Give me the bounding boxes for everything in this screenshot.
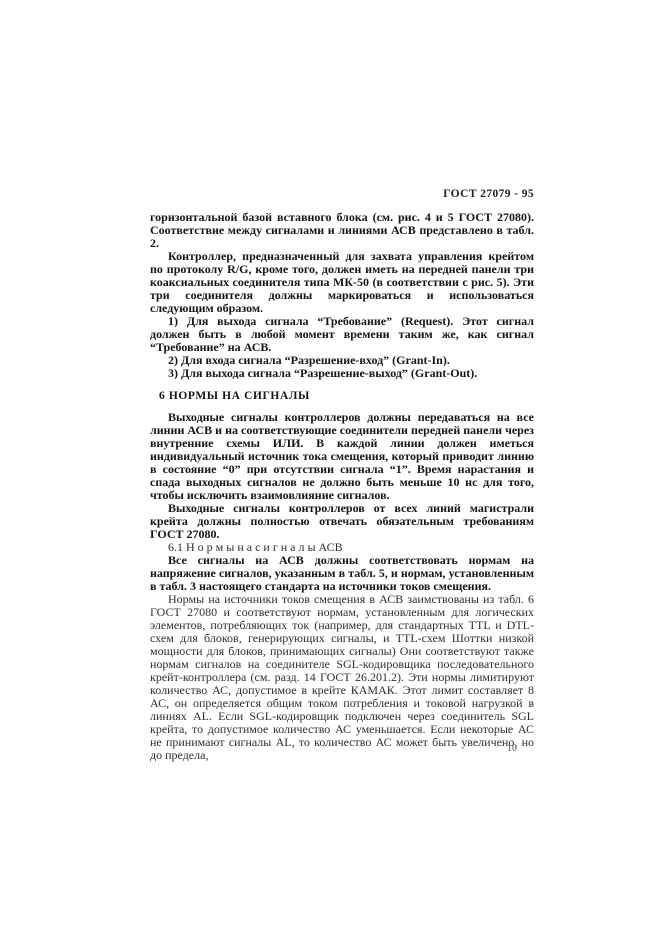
paragraph-bias-sources: Нормы на источники токов смещения в АСВ … bbox=[150, 593, 534, 762]
list-item-request: 1) Для выхода сигнала “Требование” (Requ… bbox=[150, 315, 534, 354]
page-number: 10 bbox=[500, 743, 524, 754]
list-item-grant-out: 3) Для выхода сигнала “Разрешение-выход”… bbox=[150, 367, 534, 380]
gost-standard-header: ГОСТ 27079 - 95 bbox=[150, 188, 534, 200]
paragraph-controller: Контроллер, предназначенный для захвата … bbox=[150, 250, 534, 315]
paragraph-continuation: горизонтальной базой вставного блока (см… bbox=[150, 211, 534, 250]
text-block: горизонтальной базой вставного блока (см… bbox=[150, 211, 534, 762]
paragraph-crate-lines: Выходные сигналы контроллеров от всех ли… bbox=[150, 502, 534, 541]
section-6-heading: 6 НОРМЫ НА СИГНАЛЫ bbox=[150, 390, 534, 403]
paragraph-acb-norms: Все сигналы на АСВ должны соответствоват… bbox=[150, 554, 534, 593]
document-page: ГОСТ 27079 - 95 горизонтальной базой вст… bbox=[0, 0, 661, 935]
paragraph-output-signals: Выходные сигналы контроллеров должны пер… bbox=[150, 411, 534, 502]
